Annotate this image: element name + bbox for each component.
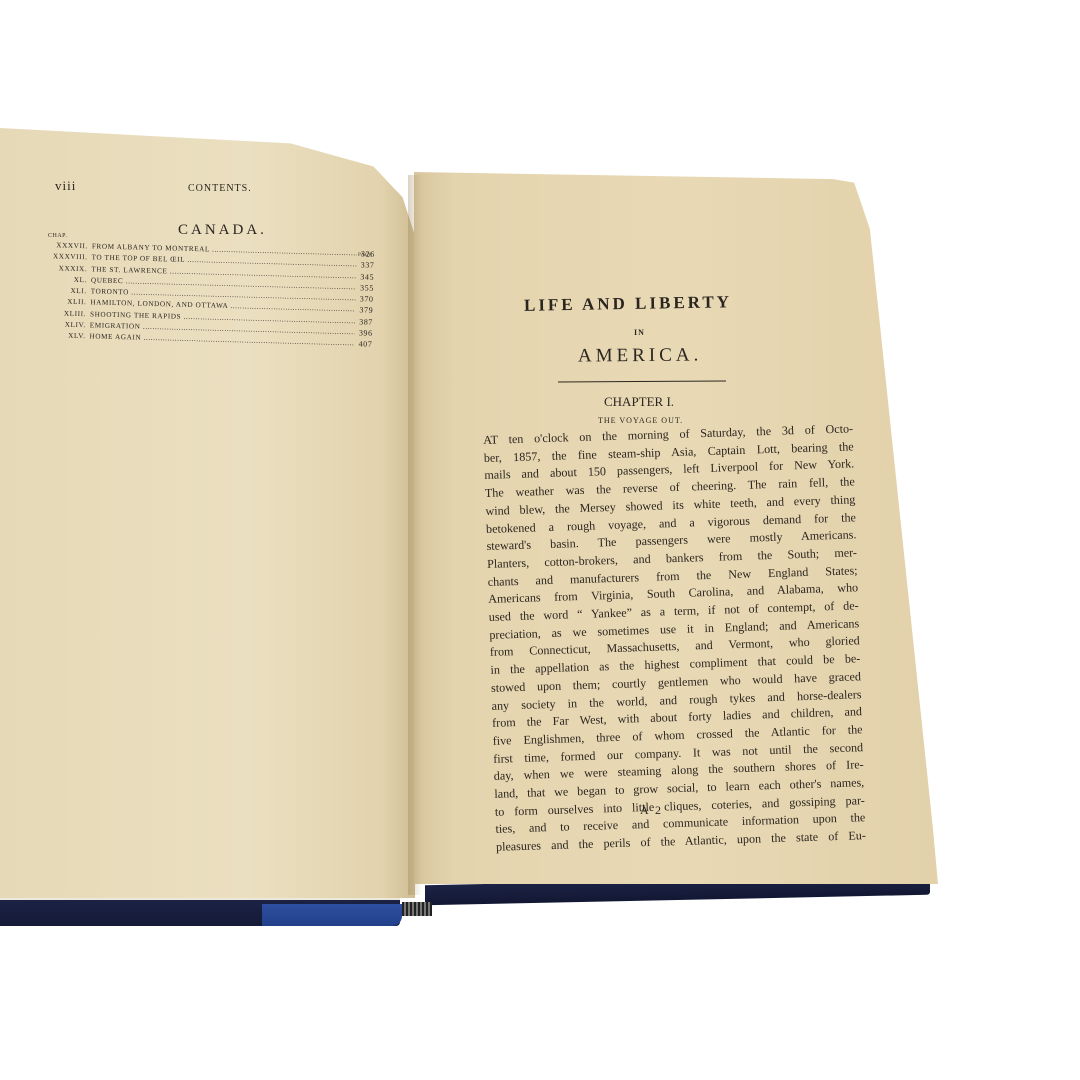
- chapter-subtitle: THE VOYAGE OUT.: [598, 416, 683, 425]
- book-title-in: IN: [634, 328, 645, 337]
- open-book-photo: viii CONTENTS. CANADA. CHAP. PAGE XXXVII…: [0, 0, 1080, 1080]
- toc-page-number: 379: [355, 306, 373, 318]
- printer-signature-mark: A 2: [640, 803, 663, 818]
- chap-label: CHAP.: [48, 233, 67, 239]
- toc-page-number: 407: [354, 340, 372, 352]
- running-head: CONTENTS.: [188, 183, 252, 194]
- toc-page-number: 345: [356, 272, 374, 284]
- page-number: viii: [55, 178, 76, 194]
- book-gutter: [408, 175, 422, 895]
- toc-page-number: 387: [355, 317, 373, 329]
- book-title-line-2: AMERICA.: [578, 344, 703, 367]
- toc-page-number: 370: [355, 294, 373, 306]
- cover-blue-strip: [262, 904, 402, 926]
- toc-chapter-number: XLV.: [37, 331, 89, 344]
- toc-page-number: 337: [356, 261, 374, 273]
- toc-page-number: 326: [357, 249, 375, 261]
- book-title-line-1: LIFE AND LIBERTY: [524, 292, 732, 316]
- chapter-heading: CHAPTER I.: [604, 394, 674, 410]
- toc-page-number: 396: [355, 328, 373, 340]
- toc-page-number: 355: [356, 283, 374, 295]
- spine-stitching: [402, 902, 432, 916]
- table-of-contents: XXXVII.FROM ALBANY TO MONTREAL326 XXXVII…: [37, 241, 375, 351]
- chapter-body-text: AT ten o'clock on the morning of Saturda…: [483, 420, 866, 856]
- section-title: CANADA.: [178, 222, 267, 239]
